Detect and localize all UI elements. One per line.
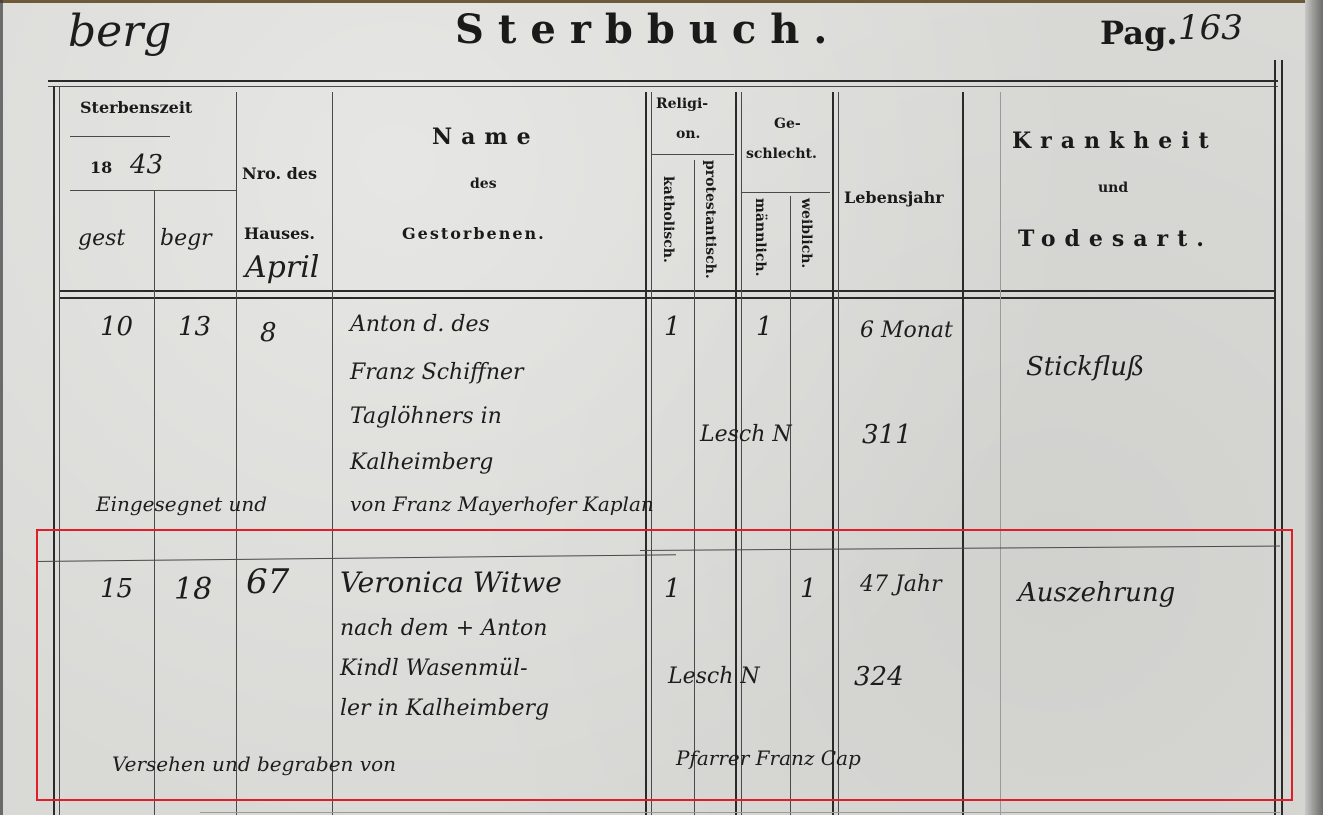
header-sex-line1: Ge- (774, 116, 801, 132)
sex-sub-rule (742, 192, 830, 193)
entry-reference-number: 324 (854, 662, 904, 692)
entry-died-day: 10 (100, 312, 133, 342)
header-age: Lebensjahr (844, 188, 944, 207)
book-binding-edge (1305, 0, 1323, 815)
header-name-line2: des (470, 176, 497, 192)
col-sep-cause-left (962, 92, 964, 815)
entry-burial-note: Versehen und begraben von (112, 752, 396, 776)
row-separator-left (36, 554, 676, 562)
entry-died-day: 15 (100, 574, 133, 604)
entry-age: 6 Monat (860, 318, 953, 343)
header-protestant: protestantisch. (702, 160, 718, 286)
entry-age: 47 Jahr (860, 572, 942, 597)
col-sep-catholic-protestant (694, 160, 695, 815)
religion-sub-rule (652, 154, 734, 155)
header-catholic: katholisch. (660, 176, 676, 286)
header-bottom-rule-inner (60, 297, 1274, 299)
entry-name-line: Franz Schiffner (350, 360, 524, 385)
header-name-line1: Name (432, 124, 540, 150)
scan-top-edge (0, 0, 1323, 3)
bottom-rule (200, 812, 1280, 813)
entry-burial-note: Eingesegnet und (96, 492, 267, 516)
header-year-suffix: 43 (130, 150, 163, 180)
entry-burial-note-clergy: Pfarrer Franz Cap (676, 746, 861, 770)
entry-catholic-mark: 1 (664, 312, 681, 342)
entry-buried-day: 13 (178, 312, 211, 342)
col-sep-religion-left-inner (651, 92, 652, 815)
entry-name-line: Kalheimberg (350, 450, 493, 475)
header-cause-line1: Krankheit (1012, 128, 1218, 154)
header-sterbenszeit: Sterbenszeit (80, 98, 192, 117)
sterbenszeit-rule-2 (70, 190, 236, 191)
entry-female-mark: 1 (800, 574, 817, 604)
col-sep-sex-left-inner (741, 92, 742, 815)
col-sep-sex-left (735, 92, 737, 815)
col-sep-religion-left (645, 92, 647, 815)
col-sep-age-left (832, 92, 834, 815)
header-bottom-rule (60, 290, 1274, 292)
header-female: weiblich. (798, 198, 814, 288)
header-religion-line2: on. (676, 126, 700, 142)
frame-right-rule-inner (1281, 60, 1283, 815)
header-house-line2: Hauses. (244, 224, 315, 243)
col-sep-name (332, 92, 333, 815)
col-sep-age-left-inner (838, 92, 839, 815)
header-cause-line2: und (1098, 180, 1128, 196)
sterbenszeit-rule-1 (70, 136, 170, 137)
page-number: 163 (1178, 8, 1243, 48)
entry-male-mark: 1 (756, 312, 773, 342)
header-house-line1: Nro. des (242, 164, 317, 183)
entry-reference: Lesch N (700, 422, 792, 447)
entry-name-line: nach dem + Anton (340, 616, 547, 641)
header-year-prefix: 18 (90, 158, 112, 177)
frame-right-rule (1274, 60, 1276, 815)
frame-left-rule (53, 86, 55, 815)
parish-annotation: berg (68, 6, 171, 57)
month-annotation: April (245, 250, 319, 285)
register-page: berg Sterbbuch. Pag. 163 Sterbenszeit 18… (0, 0, 1323, 815)
frame-top-rule-inner (48, 86, 1278, 87)
col-sep-cause-faint (1000, 92, 1001, 815)
entry-name-line: Kindl Wasenmül- (340, 656, 528, 681)
entry-house-no: 8 (260, 318, 277, 348)
header-buried-sub: begr (160, 226, 212, 251)
frame-top-rule (48, 80, 1278, 82)
header-name-line3: Gestorbenen. (402, 224, 546, 243)
header-cause-line3: Todesart. (1018, 226, 1213, 252)
entry-name-line: Veronica Witwe (340, 566, 562, 599)
entry-name-line: Anton d. des (350, 312, 490, 337)
frame-left-rule-inner (59, 86, 60, 815)
entry-name-line: Taglöhners in (350, 404, 502, 429)
entry-reference-number: 311 (862, 420, 912, 450)
page-title: Sterbbuch. (455, 6, 841, 53)
header-sex-line2: schlecht. (746, 146, 817, 162)
header-male: männlich. (752, 198, 768, 288)
entry-reference: Lesch N (668, 664, 760, 689)
page-label: Pag. (1100, 14, 1177, 52)
header-died-sub: gest (78, 226, 125, 251)
entry-cause: Auszehrung (1018, 578, 1175, 608)
entry-house-no: 67 (246, 562, 289, 602)
entry-burial-note-clergy: von Franz Mayerhofer Kaplan (350, 492, 654, 516)
scan-left-edge (0, 0, 3, 815)
entry-name-line: ler in Kalheimberg (340, 696, 549, 721)
entry-cause: Stickfluß (1026, 352, 1144, 382)
entry-catholic-mark: 1 (664, 574, 681, 604)
col-sep-male-female (790, 196, 791, 815)
col-sep-house (236, 92, 237, 815)
entry-buried-day: 18 (174, 572, 212, 607)
header-religion-line1: Religi- (656, 96, 708, 112)
